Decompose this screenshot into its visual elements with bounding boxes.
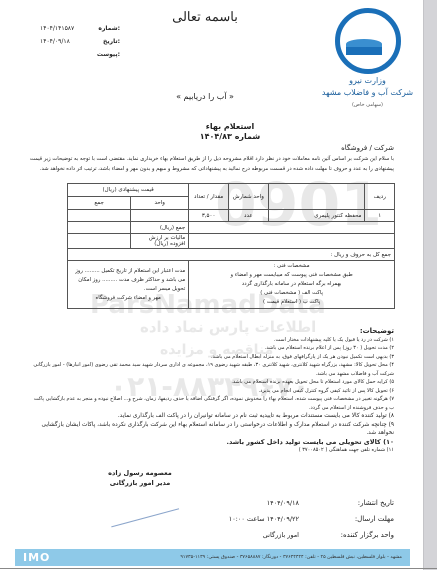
header-total: جمع	[68, 197, 131, 210]
bismillah: باسمه تعالی	[160, 10, 250, 25]
tech-spec-cell: مشخصات فنی : طبق مشخصات فنی پیوست که میب…	[189, 261, 395, 309]
cell-unit-price[interactable]	[131, 210, 189, 222]
tech-line-4: پاکت ب ( استعلام قیمت )	[192, 298, 391, 307]
recipient: شرکت / فروشگاه	[341, 144, 394, 152]
validity-cell: مدت اعتبار این استعلام از تاریخ تکمیل ..…	[68, 261, 189, 309]
vertical-scrollbar[interactable]	[423, 0, 437, 570]
reference-block: ۱۴۰۴/۱۴۱۵۸۷شماره: ۱۴۰۴/۰۹/۱۸تاریخ: پیوست…	[40, 22, 120, 61]
grand-total-label: جمع کل به حروف و ریال :	[68, 249, 395, 261]
note-item: ۶) تحویل کالا پس از تائید کیفی گروه کنتر…	[30, 387, 394, 396]
cell-quantity: ۳,۵۰۰	[189, 210, 229, 222]
note-item: ۲) مدت تحویل ( ۳۰ روز) پس از اعلام برنده…	[30, 344, 394, 353]
note-item: ۴) محل تحویل کالا: مشهد، بزرگراه شهید کل…	[30, 361, 394, 378]
header-unit-price: واحد	[131, 197, 189, 210]
notes-title: توضیحات:	[30, 327, 394, 336]
deadline-value: ۱۴۰۴/۰۹/۲۲ ساعت ۱۰:۰۰	[229, 511, 299, 527]
note-item: ۸) تولید کننده کالا می بایست مستندات مرب…	[30, 412, 394, 421]
publish-date-label: تاریخ انتشار:	[299, 495, 394, 511]
cell-unit: عدد	[228, 210, 268, 222]
validity-line-1: مدت اعتبار این استعلام از تاریخ تکمیل ..…	[71, 267, 185, 276]
deadline-label: مهلت ارسال:	[299, 511, 394, 527]
price-inquiry-table: ردیف واحد شمارش مقدار / تعداد قیمت پیشنه…	[67, 183, 395, 309]
cell-row-number: ۱	[365, 210, 395, 222]
validity-stamp-label: مهر و امضاء شرکت فروشگاه	[71, 294, 185, 303]
notes-section: توضیحات: ۱) شرکت در رد یا قبول یک یا کلی…	[30, 327, 394, 455]
publish-date-value: ۱۴۰۴/۰۹/۱۸	[267, 495, 299, 511]
company-logo: وزارت نیرو شرکت آب و فاضلاب مشهد (سهامی …	[320, 8, 415, 100]
note-item: ۱۱) شماره تلفن جهت هماهنگی ( ۳۷۰۰۸۵۰۲ )	[30, 446, 394, 455]
tech-title: مشخصات فنی :	[192, 262, 391, 271]
header-price-group: قیمت پیشنهادی (ریال)	[68, 184, 189, 197]
note-item: ۱۰) کالای تحویلی می بایست تولید داخل کشو…	[30, 438, 394, 447]
document-title: استعلام بهاء	[150, 122, 310, 132]
sum-label: جمع (ریال)	[131, 222, 189, 234]
note-item: ۷) هرگونه تغییر در مشخصات فنی پیوست شده،…	[30, 395, 394, 412]
ref-date-label: تاریخ:	[103, 35, 120, 48]
intro-paragraph: با سلام این شرکت بر اساس آئین نامه معامل…	[30, 154, 394, 174]
header-quantity: مقدار / تعداد	[189, 184, 229, 210]
logo-ministry: وزارت نیرو	[320, 76, 415, 86]
header-row-number: ردیف	[365, 184, 395, 210]
validity-line-2: می باشد و حداکثر ظرف مدت ......... روز ا…	[71, 276, 185, 285]
ref-date: ۱۴۰۴/۰۹/۱۸	[40, 35, 70, 48]
vat-value[interactable]	[68, 234, 131, 249]
document-number: شماره ۱۴۰۴/۸۳	[150, 132, 310, 142]
logo-company: شرکت آب و فاضلاب مشهد	[320, 88, 415, 98]
ref-number: ۱۴۰۴/۱۴۱۵۸۷	[40, 22, 74, 35]
water-drop-logo-icon	[335, 8, 401, 74]
slogan: « آب را دریابیم »	[130, 92, 280, 101]
header-description	[268, 184, 365, 210]
meta-block: تاریخ انتشار:۱۴۰۴/۰۹/۱۸ مهلت ارسال:۱۴۰۴/…	[195, 495, 394, 543]
imo-logo: IMO	[23, 551, 50, 564]
ref-attachment-label: پیوست:	[97, 48, 120, 61]
logo-sub: (سهامی خاص)	[320, 100, 415, 110]
note-item: ۱) شرکت در رد یا قبول یک یا کلیه پیشنهاد…	[30, 336, 394, 345]
organizer-value: امور بازرگانی	[263, 527, 299, 543]
document-title-block: استعلام بهاء شماره ۱۴۰۴/۸۳	[150, 122, 310, 142]
validity-line-3: تحویل میسر است.	[71, 285, 185, 294]
table-row: ۱ محفظه کنتور پلیمری عدد ۳,۵۰۰	[68, 210, 395, 222]
tech-line-1: طبق مشخصات فنی پیوست که میبایست مهر و ام…	[192, 271, 391, 280]
document-page: 0901 اطلاعات پارس نماد داده مناقصه و مزا…	[0, 0, 424, 568]
divider	[0, 568, 437, 569]
header-unit: واحد شمارش	[228, 184, 268, 210]
tech-line-3: پاکت الف ( مشخصات فنی )	[192, 289, 391, 298]
footer-address: مشهد - بلوار فلسطین، نبش فلسطین ۲۵ - تلف…	[180, 555, 402, 560]
organizer-label: واحد برگزار کننده:	[299, 527, 394, 543]
footer-bar: IMO مشهد - بلوار فلسطین، نبش فلسطین ۲۵ -…	[15, 549, 410, 566]
note-item: ۵) کرایه حمل کالای مورد استعلام تا محل ت…	[30, 378, 394, 387]
sum-value[interactable]	[68, 222, 131, 234]
cell-total[interactable]	[68, 210, 131, 222]
note-item: ۹) چنانچه شرکت کننده در استعلام مدارک و …	[30, 421, 394, 438]
note-item: ۳) بدیهی است تکمیل نبودن هر یک از پارگرا…	[30, 353, 394, 362]
ref-number-label: شماره:	[98, 22, 120, 35]
vat-label: مالیات بر ارزش افزوده (ریال)	[131, 234, 189, 249]
tech-line-2: بهمراه برگه استعلام در سامانه بارگذاری گ…	[192, 280, 391, 289]
cell-description: محفظه کنتور پلیمری	[268, 210, 365, 222]
